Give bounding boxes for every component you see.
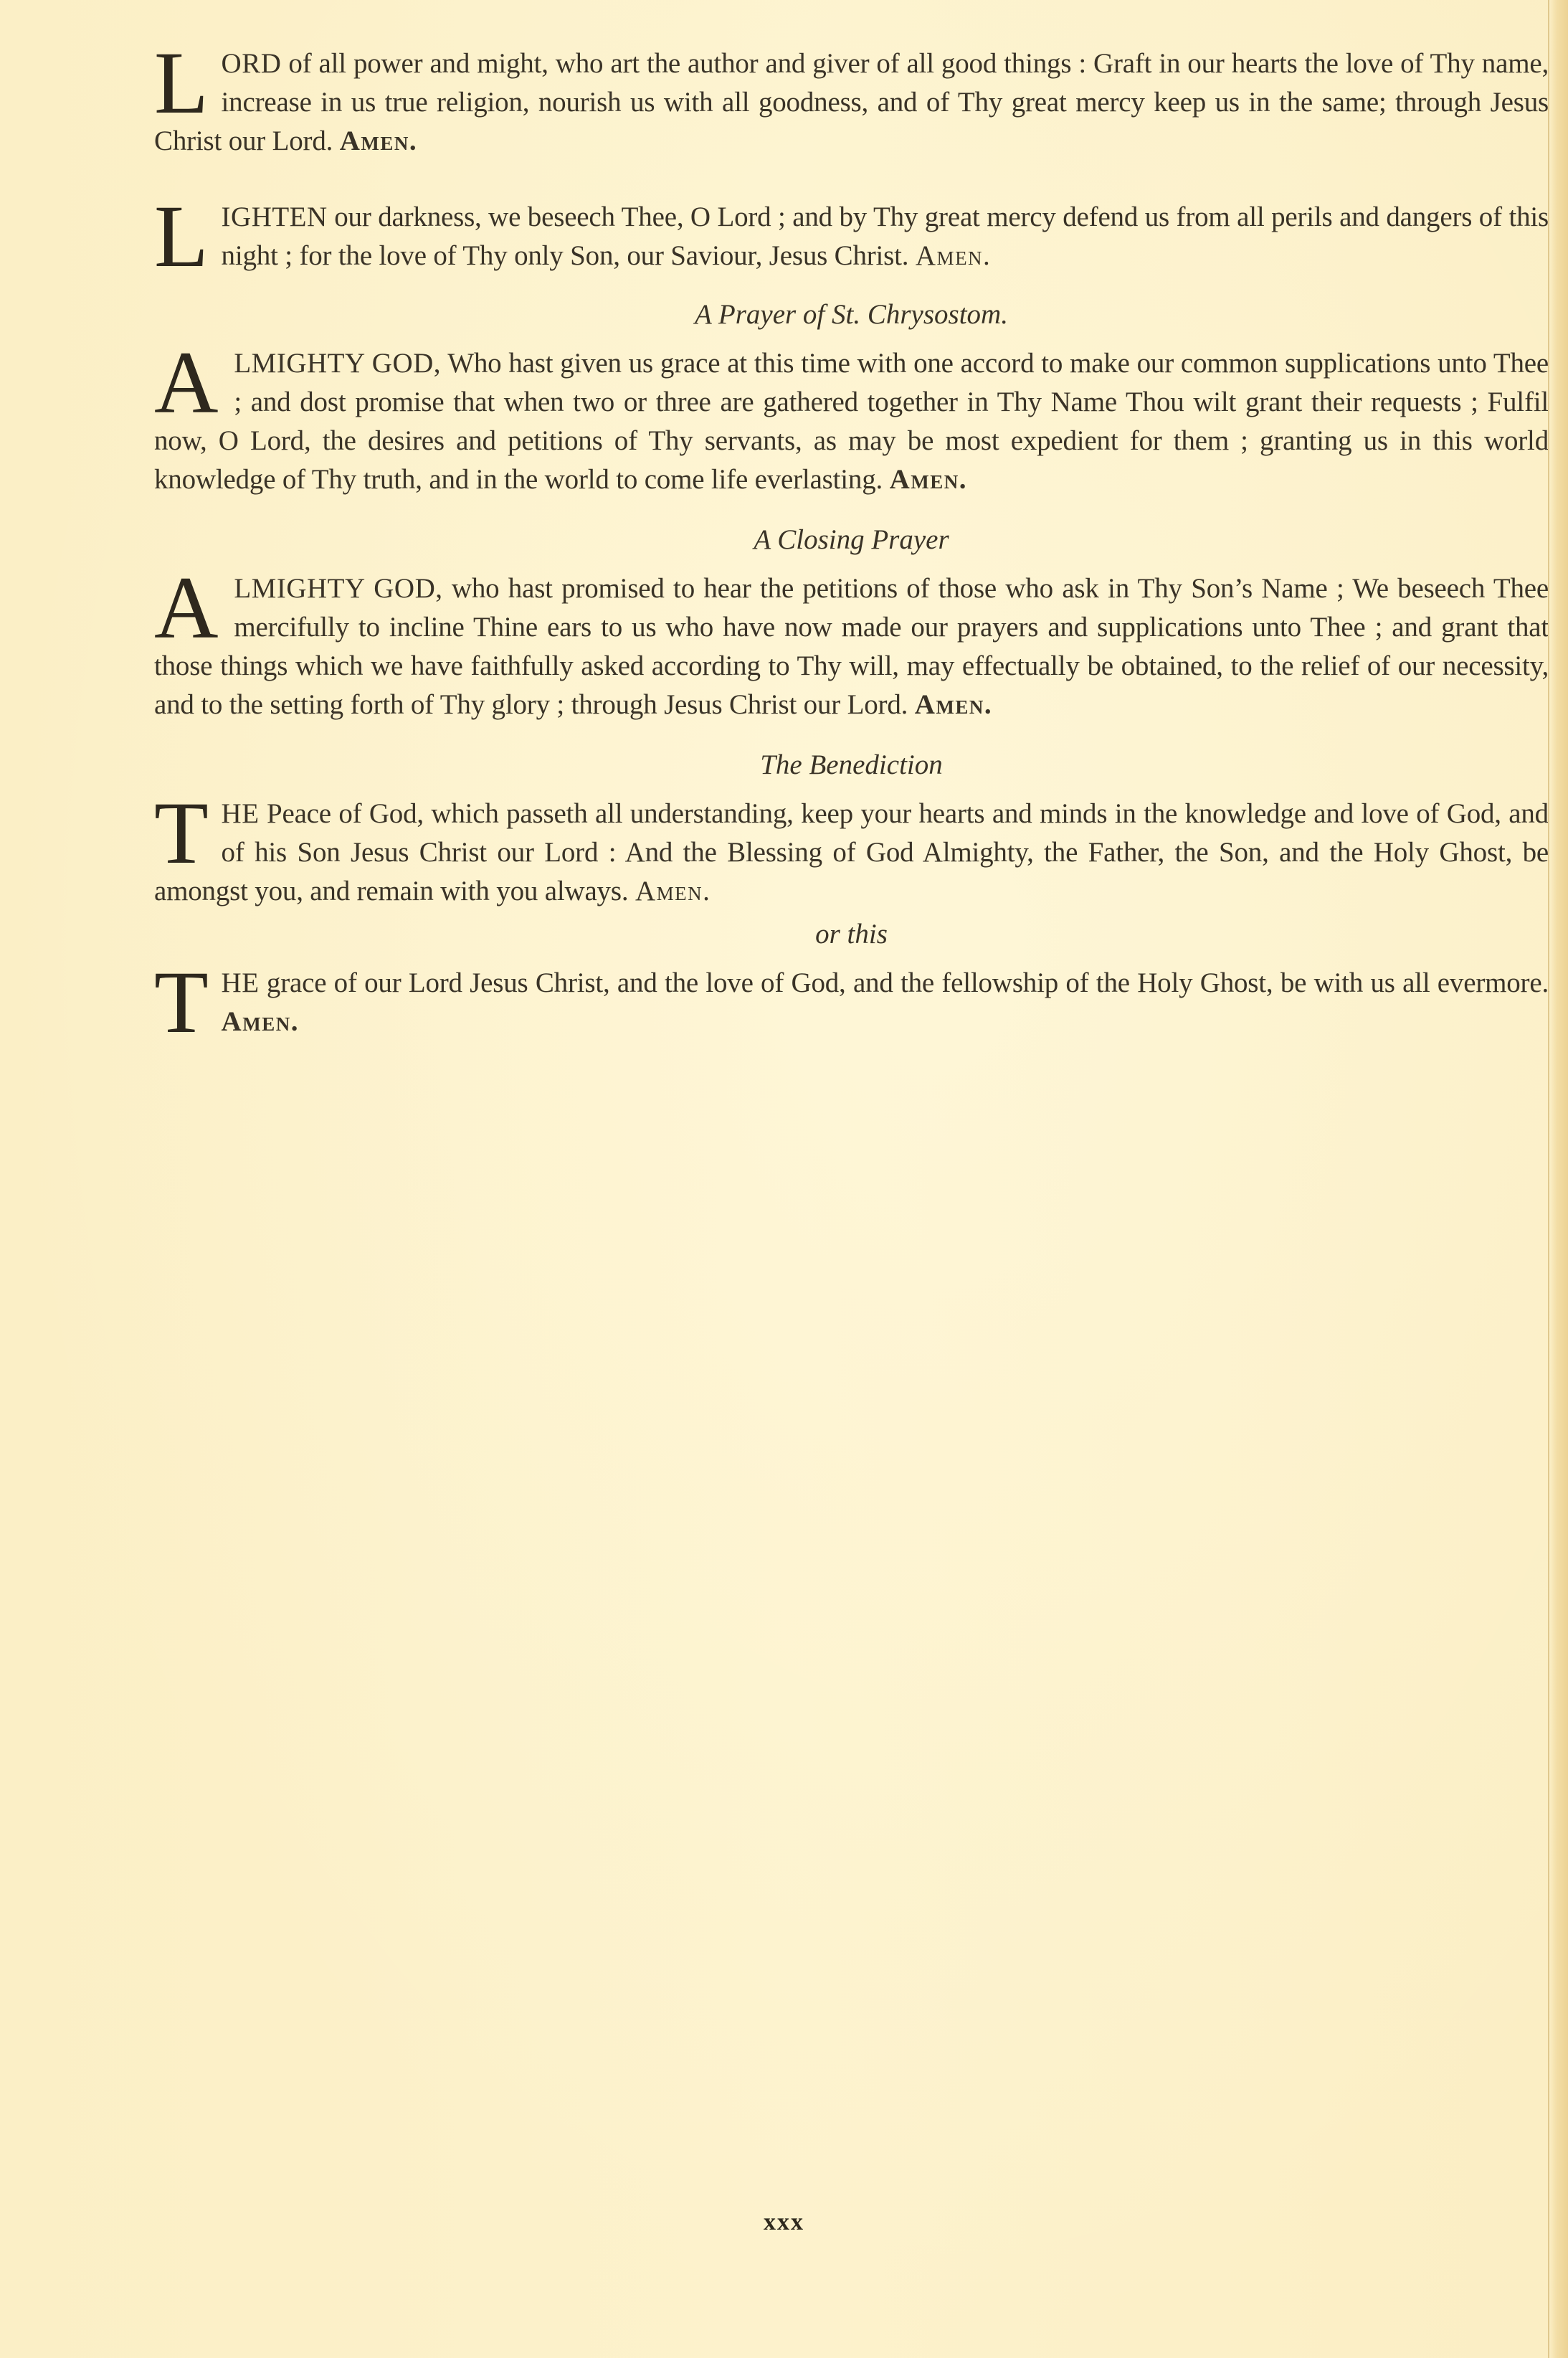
prayer-lead-word: ORD bbox=[222, 48, 282, 79]
prayer-lead-word: HE bbox=[222, 798, 260, 829]
prayer-lighten-our-darkness: LIGHTEN our darkness, we beseech Thee, O… bbox=[154, 198, 1549, 275]
prayer-closing: ALMIGHTY GOD, who hast promised to hear … bbox=[154, 569, 1549, 724]
prayer-benediction: THE Peace of God, which passeth all unde… bbox=[154, 795, 1549, 911]
section-heading-benediction: The Benediction bbox=[154, 746, 1549, 785]
drop-cap: L bbox=[154, 202, 209, 274]
amen-label: Amen. bbox=[635, 876, 711, 906]
amen-label: Amen. bbox=[340, 126, 417, 156]
prayer-text: our darkness, we beseech Thee, O Lord ; … bbox=[222, 202, 1549, 271]
prayer-lead-word: IGHTEN bbox=[222, 202, 328, 232]
amen-label: Amen. bbox=[222, 1006, 299, 1037]
page-number: xxx bbox=[0, 2209, 1568, 2236]
book-page: LORD of all power and might, who art the… bbox=[0, 0, 1568, 2358]
binding-edge bbox=[1548, 0, 1568, 2358]
drop-cap: A bbox=[154, 574, 218, 645]
drop-cap: T bbox=[154, 799, 209, 871]
prayer-lord-of-all-power: LORD of all power and might, who art the… bbox=[154, 44, 1549, 161]
amen-label: Amen. bbox=[890, 464, 967, 495]
prayer-text: Peace of God, which passeth all understa… bbox=[154, 798, 1549, 906]
amen-label: Amen. bbox=[916, 240, 991, 271]
prayer-lead-word: LMIGHTY GOD, bbox=[234, 348, 441, 379]
prayer-st-chrysostom: ALMIGHTY GOD, Who hast given us grace at… bbox=[154, 344, 1549, 499]
section-heading-closing-prayer: A Closing Prayer bbox=[154, 521, 1549, 559]
drop-cap: T bbox=[154, 968, 209, 1040]
amen-label: Amen. bbox=[915, 689, 992, 720]
drop-cap: A bbox=[154, 349, 218, 420]
section-heading-chrysostom: A Prayer of St. Chrysostom. bbox=[154, 295, 1549, 334]
prayer-lead-word: LMIGHTY GOD, bbox=[234, 573, 442, 604]
prayer-grace: THE grace of our Lord Jesus Christ, and … bbox=[154, 964, 1549, 1041]
page-content: LORD of all power and might, who art the… bbox=[154, 44, 1549, 1041]
prayer-lead-word: HE bbox=[222, 967, 260, 998]
section-heading-or-this: or this bbox=[154, 915, 1549, 954]
prayer-text: grace of our Lord Jesus Christ, and the … bbox=[260, 967, 1549, 998]
drop-cap: L bbox=[154, 49, 209, 120]
